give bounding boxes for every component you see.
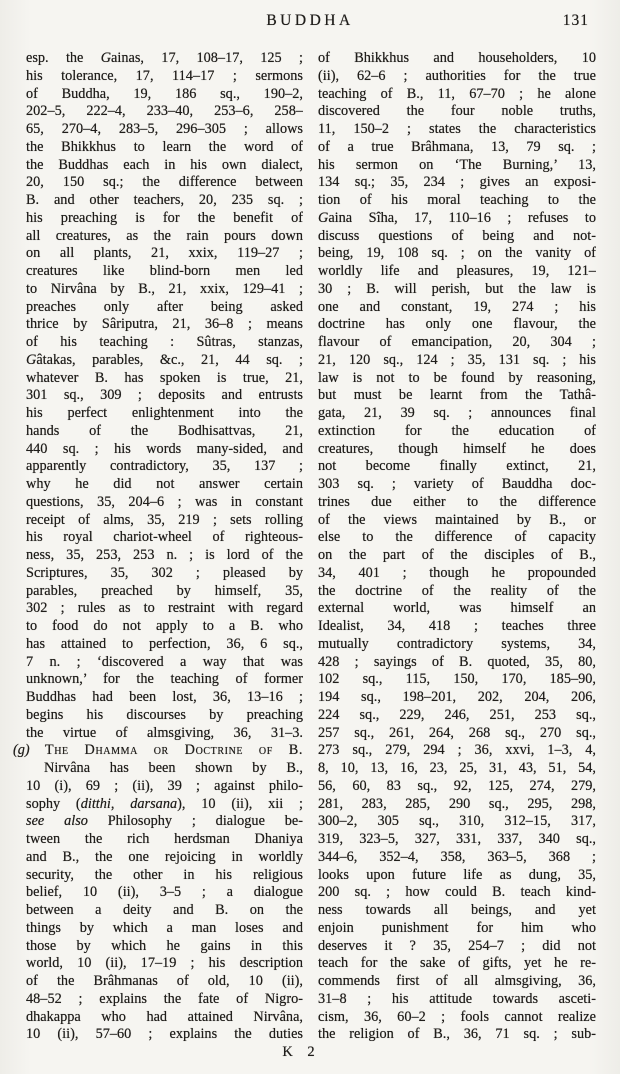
text-line: gata, 21, 39 sq. ; announces final <box>318 405 596 423</box>
text-line: 7 n. ; ‘discovered a way that was <box>26 654 303 672</box>
text-line: enjoin punishment for him who <box>318 920 596 938</box>
text-line: 48–52 ; explains the fate of Nigro- <box>26 991 303 1009</box>
text-line: and B., the one rejoicing in worldly <box>26 849 303 867</box>
text-line: doctrine has only one flavour, the <box>318 316 596 334</box>
text-line: 440 sq. ; his words many-sided, and <box>26 441 303 459</box>
text-line: his perfect enlightenment into the <box>26 405 303 423</box>
text-line: 11, 150–2 ; states the characteristics <box>318 121 596 139</box>
text-line: of Bhikkhus and householders, 10 <box>318 50 596 68</box>
text-line: why he did not answer certain <box>26 476 303 494</box>
text-line: tween the rich herdsman Dhaniya <box>26 831 303 849</box>
text-line: 8, 10, 13, 16, 23, 25, 31, 43, 51, 54, <box>318 760 596 778</box>
text-line: questions, 35, 204–6 ; was in constant <box>26 494 303 512</box>
text-line: deserves it ? 35, 254–7 ; did not <box>318 938 596 956</box>
text-line: 344–6, 352–4, 358, 363–5, 368 ; <box>318 849 596 867</box>
page-number: 131 <box>563 12 589 30</box>
text-line: begins his discourses by preaching <box>26 707 303 725</box>
text-line: commends first of all almsgiving, 36, <box>318 973 596 991</box>
text-line: 194 sq., 198–201, 202, 204, 206, <box>318 689 596 707</box>
text-line: but must be learnt from the Tathâ- <box>318 387 596 405</box>
text-line: security, the other in his religious <box>26 867 303 885</box>
text-line: (g) The Dhamma or Doctrine of B. <box>13 742 303 760</box>
text-line: dhakappa who had attained Nirvâna, <box>26 1009 303 1027</box>
text-line: teaching of B., 11, 67–70 ; he alone <box>318 86 596 104</box>
text-line: esp. the Gainas, 17, 108–17, 125 ; <box>26 50 303 68</box>
text-line: all creatures, as the rain pours down <box>26 228 303 246</box>
signature-mark: K 2 <box>0 1044 598 1061</box>
text-line: belief, 10 (ii), 3–5 ; a dialogue <box>26 884 303 902</box>
text-line: on the part of the disciples of B., <box>318 547 596 565</box>
text-line: (ii), 62–6 ; authorities for the true <box>318 68 596 86</box>
text-line: mutually contradictory systems, 34, <box>318 636 596 654</box>
text-line: law is not to be found by reasoning, <box>318 370 596 388</box>
text-line: parables, preached by himself, 35, <box>26 583 303 601</box>
text-line: preaches only after being asked <box>26 299 303 317</box>
text-line: 34, 401 ; though he propounded <box>318 565 596 583</box>
text-line: being, 19, 108 sq. ; on the vanity of <box>318 245 596 263</box>
text-line: 300–2, 305 sq., 310, 312–15, 317, <box>318 813 596 831</box>
text-line: discuss questions of being and not- <box>318 228 596 246</box>
text-line: 10 (ii), 57–60 ; explains the duties <box>26 1026 303 1044</box>
text-line: ness, 35, 253, 253 n. ; is lord of the <box>26 547 303 565</box>
text-line: 301 sq., 309 ; deposits and entrusts <box>26 387 303 405</box>
text-line: 20, 150 sq.; the difference between <box>26 174 303 192</box>
text-line: thrice by Sâriputra, 21, 36–8 ; means <box>26 316 303 334</box>
text-line: trines due either to the difference <box>318 494 596 512</box>
text-line: sophy (ditthi, darsana), 10 (ii), xii ; <box>26 796 303 814</box>
text-line: cism, 36, 60–2 ; fools cannot realize <box>318 1009 596 1027</box>
text-line: to food do not apply to a B. who <box>26 618 303 636</box>
text-line: 281, 283, 285, 290 sq., 295, 298, <box>318 796 596 814</box>
text-line: things by which a man loses and <box>26 920 303 938</box>
text-line: Gâtakas, parables, &c., 21, 44 sq. ; <box>26 352 303 370</box>
text-line: 65, 270–4, 283–5, 296–305 ; allows <box>26 121 303 139</box>
text-line: Buddhas had been lost, 36, 13–16 ; <box>26 689 303 707</box>
left-column: esp. the Gainas, 17, 108–17, 125 ;his to… <box>26 50 303 1044</box>
text-line: hands of the Bodhisattvas, 21, <box>26 423 303 441</box>
right-column: of Bhikkhus and householders, 10(ii), 62… <box>318 50 596 1044</box>
running-title: BUDDHA <box>0 12 620 30</box>
text-line: 10 (i), 69 ; (ii), 39 ; against philo- <box>26 778 303 796</box>
text-line: those by which he gains in this <box>26 938 303 956</box>
text-line: 31–8 ; his attitude towards asceti- <box>318 991 596 1009</box>
text-line: B. and other teachers, 20, 235 sq. ; <box>26 192 303 210</box>
text-line: teach for the sake of gifts, yet he re- <box>318 955 596 973</box>
text-line: Gaina Sîha, 17, 110–16 ; refuses to <box>318 210 596 228</box>
text-line: 273 sq., 279, 294 ; 36, xxvi, 1–3, 4, <box>318 742 596 760</box>
text-line: of a true Brâhmana, 13, 79 sq. ; <box>318 139 596 157</box>
text-line: discovered the four noble truths, <box>318 103 596 121</box>
text-line: of the Brâhmanas of old, 10 (ii), <box>26 973 303 991</box>
text-line: whatever B. has spoken is true, 21, <box>26 370 303 388</box>
text-line: the virtue of almsgiving, 36, 31–3. <box>26 725 303 743</box>
text-line: his royal chariot-wheel of righteous- <box>26 529 303 547</box>
text-line: unknown,’ for the teaching of former <box>26 671 303 689</box>
text-line: of the views maintained by B., or <box>318 512 596 530</box>
text-line: to Nirvâna by B., 21, xxix, 129–41 ; <box>26 281 303 299</box>
text-line: the doctrine of the reality of the <box>318 583 596 601</box>
text-line: looks upon future life as dung, 35, <box>318 867 596 885</box>
text-line: 202–5, 222–4, 233–40, 253–6, 258– <box>26 103 303 121</box>
text-line: 224 sq., 229, 246, 251, 253 sq., <box>318 707 596 725</box>
text-line: creatures, though himself he does <box>318 441 596 459</box>
text-line: on all plants, 21, xxix, 119–27 ; <box>26 245 303 263</box>
text-line: one and constant, 19, 274 ; his <box>318 299 596 317</box>
text-line: 257 sq., 261, 264, 268 sq., 270 sq., <box>318 725 596 743</box>
text-line: 200 sq. ; how could B. teach kind- <box>318 884 596 902</box>
text-line: receipt of alms, 35, 219 ; sets rolling <box>26 512 303 530</box>
text-line: his preaching is for the benefit of <box>26 210 303 228</box>
text-line: his sermon on ‘The Burning,’ 13, <box>318 157 596 175</box>
text-line: flavour of emancipation, 20, 304 ; <box>318 334 596 352</box>
text-line: 319, 323–5, 327, 331, 337, 340 sq., <box>318 831 596 849</box>
text-line: 303 sq. ; variety of Bauddha doc- <box>318 476 596 494</box>
text-line: of Buddha, 19, 186 sq., 190–2, <box>26 86 303 104</box>
text-line: the Buddhas each in his own dialect, <box>26 157 303 175</box>
text-line: creatures like blind-born men led <box>26 263 303 281</box>
text-line: see also Philosophy ; dialogue be- <box>26 813 303 831</box>
text-line: tion of his moral teaching to the <box>318 192 596 210</box>
text-line: external world, was himself an <box>318 600 596 618</box>
page-header: BUDDHA 131 <box>0 12 620 34</box>
text-line: 21, 120 sq., 124 ; 35, 131 sq. ; his <box>318 352 596 370</box>
text-line: 134 sq.; 35, 234 ; gives an exposi- <box>318 174 596 192</box>
text-line: apparently contradictory, 35, 137 ; <box>26 458 303 476</box>
text-line: the religion of B., 36, 71 sq. ; sub- <box>318 1026 596 1044</box>
text-line: 302 ; rules as to restraint with regard <box>26 600 303 618</box>
text-line: 30 ; B. will perish, but the law is <box>318 281 596 299</box>
text-line: has attained to perfection, 36, 6 sq., <box>26 636 303 654</box>
text-line: Scriptures, 35, 302 ; pleased by <box>26 565 303 583</box>
text-line: Idealist, 34, 418 ; teaches three <box>318 618 596 636</box>
text-line: extinction for the education of <box>318 423 596 441</box>
text-line: of his teaching : Sûtras, stanzas, <box>26 334 303 352</box>
text-line: his tolerance, 17, 114–17 ; sermons <box>26 68 303 86</box>
book-page: BUDDHA 131 esp. the Gainas, 17, 108–17, … <box>0 0 620 1074</box>
text-line: ness towards all beings, and yet <box>318 902 596 920</box>
text-line: 428 ; sayings of B. quoted, 35, 80, <box>318 654 596 672</box>
text-line: 102 sq., 115, 150, 170, 185–90, <box>318 671 596 689</box>
text-line: Nirvâna has been shown by B., <box>26 760 303 778</box>
text-line: the Bhikkhus to learn the word of <box>26 139 303 157</box>
text-line: else to the difference of capacity <box>318 529 596 547</box>
text-line: world, 10 (ii), 17–19 ; his description <box>26 955 303 973</box>
text-line: worldly life and pleasures, 19, 121– <box>318 263 596 281</box>
text-line: between a deity and B. on the <box>26 902 303 920</box>
text-line: not become finally extinct, 21, <box>318 458 596 476</box>
text-line: 56, 60, 83 sq., 92, 125, 274, 279, <box>318 778 596 796</box>
